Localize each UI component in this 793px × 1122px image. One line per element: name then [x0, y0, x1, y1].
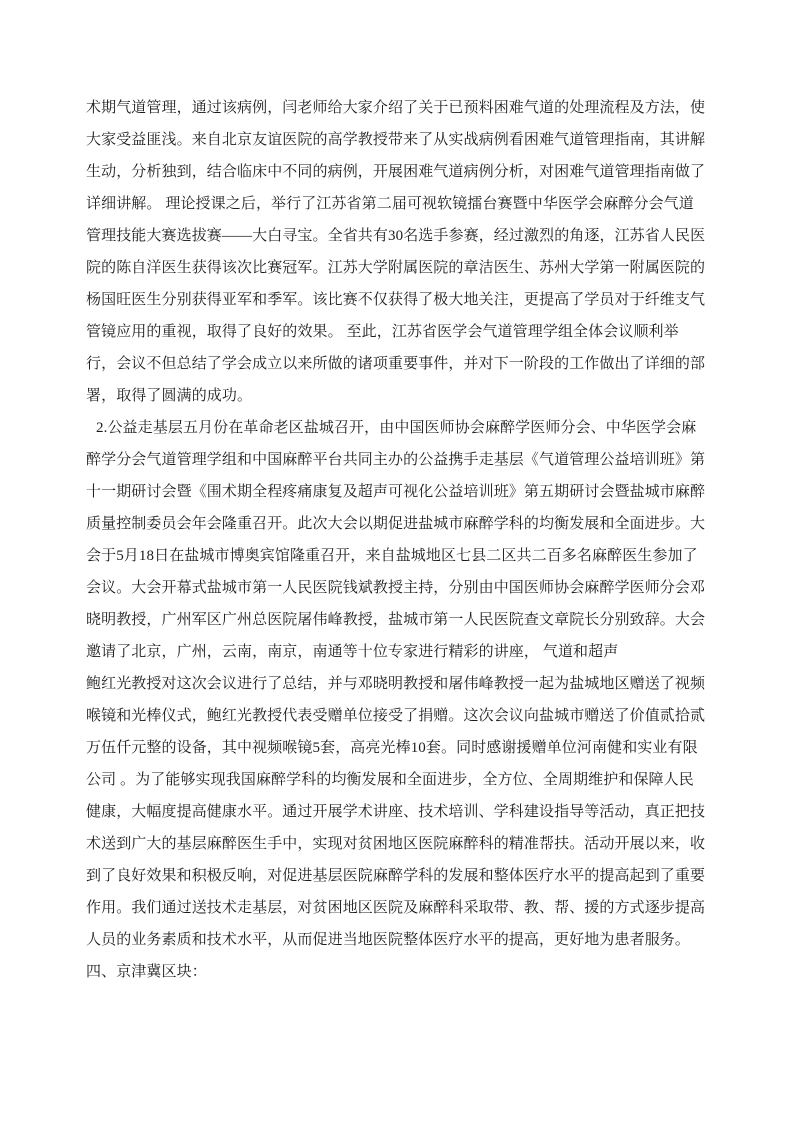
text-line: 院的陈自洋医生获得该次比赛冠军。江苏大学附属医院的章洁医生、苏州大学第一附属医院… [86, 252, 706, 284]
text-line: 健康，大幅度提高健康水平。通过开展学术讲座、技术培训、学科建设指导等活动，真正把… [86, 796, 706, 828]
text-line: 2.公益走基层五月份在革命老区盐城召开，由中国医师协会麻醉学医师分会、中华医学会… [86, 412, 706, 444]
text-line: 十一期研讨会暨《围术期全程疼痛康复及超声可视化公益培训班》第五期研讨会暨盐城市麻… [86, 476, 706, 508]
text-line: 大家受益匪浅。来自北京友谊医院的高学教授带来了从实战病例看困难气道管理指南，其讲… [86, 124, 706, 156]
text-line: 到了良好效果和积极反响，对促进基层医院麻醉学科的发展和整体医疗水平的提高起到了重… [86, 860, 706, 892]
text-line: 鲍红光教授对这次会议进行了总结，并与邓晓明教授和屠伟峰教授一起为盐城地区赠送了视… [86, 668, 706, 700]
document-page: 术期气道管理，通过该病例，闫老师给大家介绍了关于已预料困难气道的处理流程及方法，… [0, 0, 793, 1122]
text-line: 管镜应用的重视，取得了良好的效果。 至此，江苏省医学会气道管理学组全体会议顺利举 [86, 316, 706, 348]
text-line: 质量控制委员会年会隆重召开。此次大会以期促进盐城市麻醉学科的均衡发展和全面进步。… [86, 508, 706, 540]
text-line: 署，取得了圆满的成功。 [86, 380, 706, 412]
paragraph: 四、京津冀区块： [86, 956, 706, 988]
text-line: 晓明教授，广州军区广州总医院屠伟峰教授，盐城市第一人民医院查文章院长分别致辞。大… [86, 604, 706, 636]
paragraph: 2.公益走基层五月份在革命老区盐城召开，由中国医师协会麻醉学医师分会、中华医学会… [86, 412, 706, 956]
text-line: 作用。我们通过送技术走基层，对贫困地区医院及麻醉科采取带、教、帮、援的方式逐步提… [86, 892, 706, 924]
text-line: 会议。大会开幕式盐城市第一人民医院钱斌教授主持，分别由中国医师协会麻醉学医师分会… [86, 572, 706, 604]
text-line: 行，会议不但总结了学会成立以来所做的诸项重要事件，并对下一阶段的工作做出了详细的… [86, 348, 706, 380]
text-line: 术送到广大的基层麻醉医生手中，实现对贫困地区医院麻醉科的精准帮扶。活动开展以来，… [86, 828, 706, 860]
text-line: 公司 。为了能够实现我国麻醉学科的均衡发展和全面进步，全方位、全周期维护和保障人… [86, 764, 706, 796]
text-line: 杨国旺医生分别获得亚军和季军。该比赛不仅获得了极大地关注，更提高了学员对于纤维支… [86, 284, 706, 316]
text-line: 生动，分析独到，结合临床中不同的病例，开展困难气道病例分析，对困难气道管理指南做… [86, 156, 706, 188]
text-line: 万伍仟元整的设备，其中视频喉镜5套，高亮光棒10套。同时感谢援赠单位河南健和实业… [86, 732, 706, 764]
text-line: 邀请了北京，广州，云南，南京，南通等十位专家进行精彩的讲座， 气道和超声 [86, 636, 706, 668]
paragraph: 术期气道管理，通过该病例，闫老师给大家介绍了关于已预料困难气道的处理流程及方法，… [86, 92, 706, 412]
document-text-block: 术期气道管理，通过该病例，闫老师给大家介绍了关于已预料困难气道的处理流程及方法，… [86, 92, 706, 988]
text-line: 喉镜和光棒仪式，鲍红光教授代表受赠单位接受了捐赠。这次会议向盐城市赠送了价值贰拾… [86, 700, 706, 732]
text-line: 详细讲解。 理论授课之后，举行了江苏省第二届可视软镜擂台赛暨中华医学会麻醉分会气… [86, 188, 706, 220]
text-line: 会于5月18日在盐城市博奥宾馆隆重召开，来自盐城地区七县二区共二百多名麻醉医生参… [86, 540, 706, 572]
text-line: 人员的业务素质和技术水平，从而促进当地医院整体医疗水平的提高，更好地为患者服务。 [86, 924, 706, 956]
text-line: 醉学分会气道管理学组和中国麻醉平台共同主办的公益携手走基层《气道管理公益培训班》… [86, 444, 706, 476]
text-line: 四、京津冀区块： [86, 956, 706, 988]
text-line: 管理技能大赛选拔赛——大白寻宝。全省共有30名选手参赛，经过激烈的角逐，江苏省人… [86, 220, 706, 252]
text-line: 术期气道管理，通过该病例，闫老师给大家介绍了关于已预料困难气道的处理流程及方法，… [86, 92, 706, 124]
